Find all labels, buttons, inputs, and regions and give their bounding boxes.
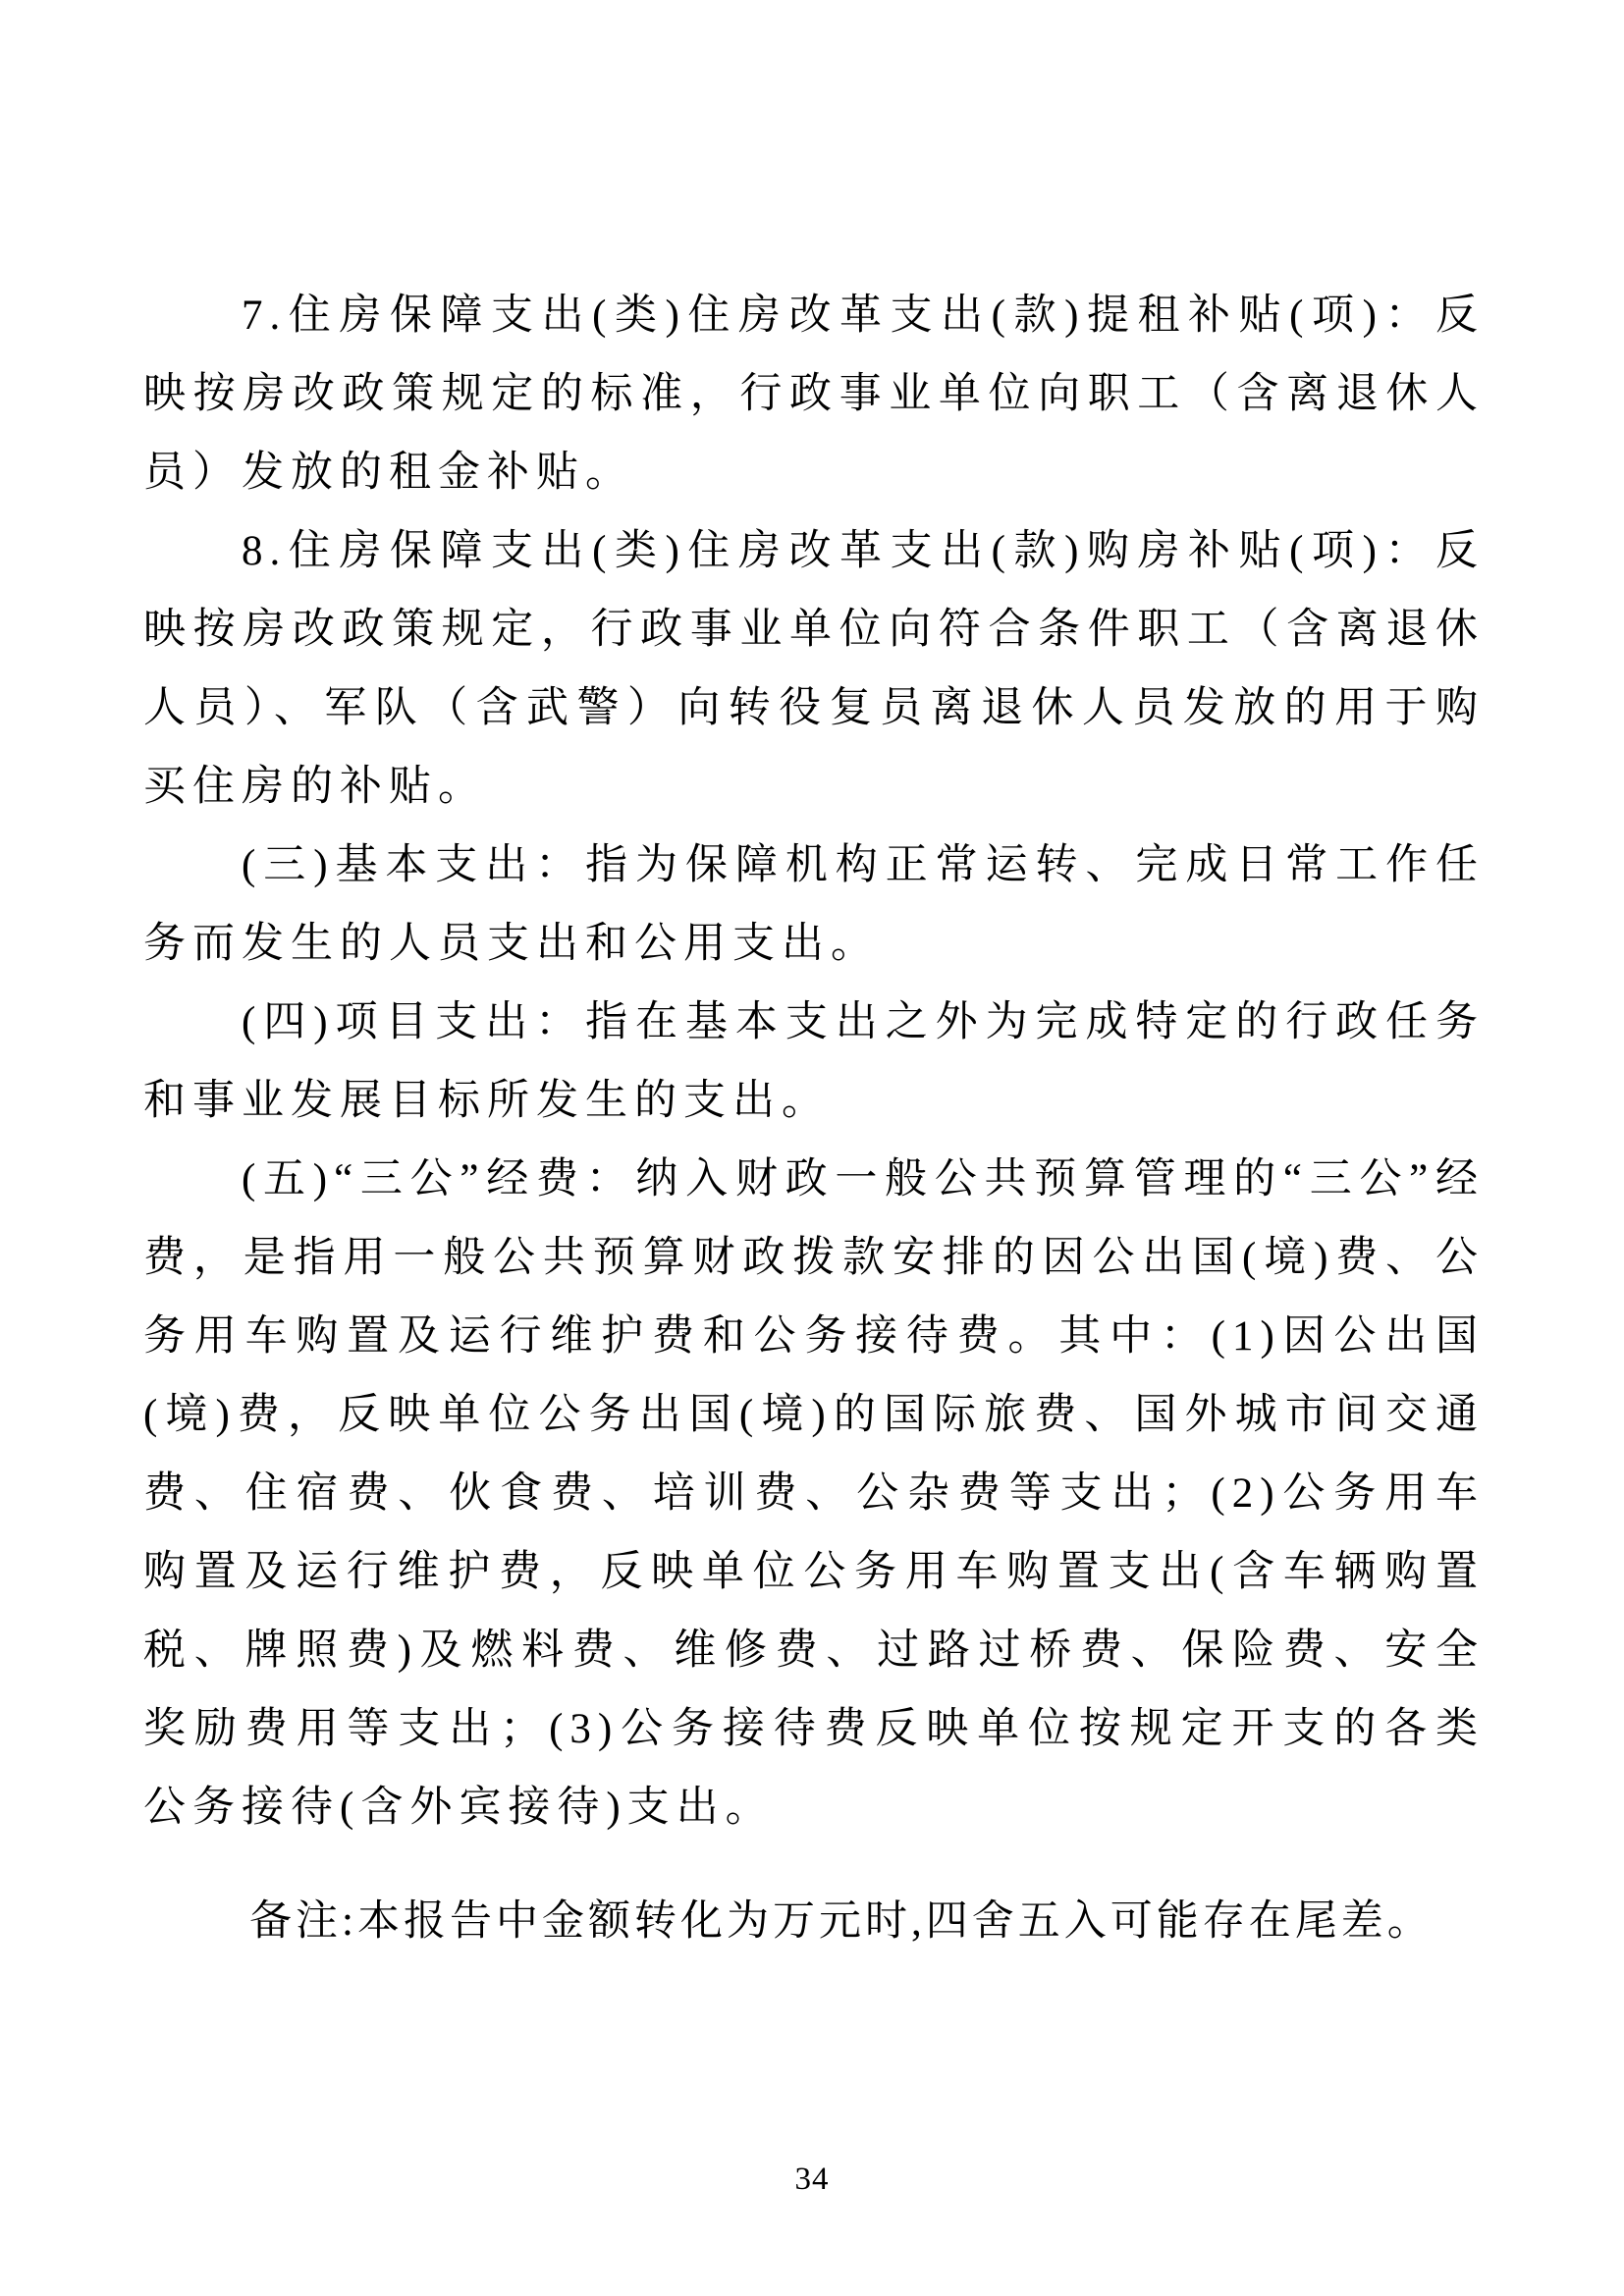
paragraph-housing-rent-subsidy: 7.住房保障支出(类)住房改革支出(款)提租补贴(项)：反映按房改政策规定的标准… [143, 277, 1485, 512]
document-page: 7.住房保障支出(类)住房改革支出(款)提租补贴(项)：反映按房改政策规定的标准… [0, 0, 1624, 2296]
paragraph-three-public-funds: (五)“三公”经费：纳入财政一般公共预算管理的“三公”经费，是指用一般公共预算财… [143, 1141, 1485, 1847]
paragraph-project-expenditure: (四)项目支出：指在基本支出之外为完成特定的行政任务和事业发展目标所发生的支出。 [143, 984, 1485, 1141]
page-footer: 34 [0, 2160, 1624, 2199]
paragraph-remark-note: 备注:本报告中金额转化为万元时,四舍五入可能存在尾差。 [143, 1883, 1485, 1961]
paragraph-basic-expenditure: (三)基本支出：指为保障机构正常运转、完成日常工作任务而发生的人员支出和公用支出… [143, 827, 1485, 984]
document-body: 7.住房保障支出(类)住房改革支出(款)提租补贴(项)：反映按房改政策规定的标准… [143, 277, 1485, 1961]
paragraph-housing-purchase-subsidy: 8.住房保障支出(类)住房改革支出(款)购房补贴(项)：反映按房改政策规定，行政… [143, 512, 1485, 827]
page-number: 34 [795, 2162, 830, 2197]
